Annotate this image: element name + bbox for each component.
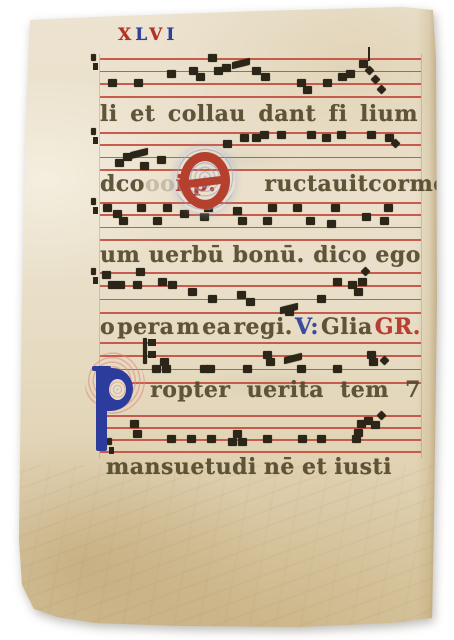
staff-line xyxy=(100,439,421,441)
neume-sq xyxy=(133,281,142,289)
chant-word: regi. xyxy=(233,313,293,341)
chant-text-line-2: dcoooi.p.ructauitcorme xyxy=(100,170,421,198)
neume-sq xyxy=(327,220,336,228)
neume-sq xyxy=(358,278,367,286)
neume-sq xyxy=(331,204,340,212)
chant-word: ego xyxy=(375,241,421,269)
neume-sq xyxy=(207,435,216,443)
neume-sq xyxy=(196,73,205,81)
neume-sq xyxy=(102,271,111,279)
neume-sq xyxy=(137,204,146,212)
neume-sq xyxy=(307,131,316,139)
neume-sq xyxy=(243,365,252,373)
chant-word: mansuetudi xyxy=(106,453,257,481)
initial-p-stem xyxy=(96,368,107,451)
neume-sq xyxy=(119,217,128,225)
neume-sq xyxy=(180,210,189,218)
staff-line xyxy=(100,415,421,417)
neume-sq xyxy=(168,281,177,289)
neume-di xyxy=(377,84,387,94)
staff-line xyxy=(100,96,421,98)
neume-sq xyxy=(238,217,247,225)
neume-sq xyxy=(116,281,125,289)
music-staff-4 xyxy=(100,272,421,312)
chant-word: collau xyxy=(168,100,246,128)
neume-sq xyxy=(277,131,286,139)
chant-word: GR. xyxy=(375,313,421,341)
chant-text-line-4: operamearegi.V:GliaGR. xyxy=(100,313,421,341)
neume-sq xyxy=(167,435,176,443)
music-staff-6 xyxy=(100,415,421,451)
music-staff-3 xyxy=(100,202,421,239)
neume-ob xyxy=(232,58,250,69)
neume-sq xyxy=(223,140,232,148)
staff-line xyxy=(100,144,421,146)
staff-line xyxy=(100,227,421,229)
staff-line xyxy=(100,299,421,301)
chant-word: 7 xyxy=(405,376,421,404)
neume-sq xyxy=(380,217,389,225)
neume-mg xyxy=(91,128,96,135)
neume-sq xyxy=(346,70,355,78)
neume-sq xyxy=(317,435,326,443)
neume-mg xyxy=(91,268,96,275)
neume-sq xyxy=(293,204,302,212)
music-staff-2 xyxy=(100,132,421,169)
neume-sq xyxy=(303,86,312,94)
neume-sq xyxy=(371,421,380,429)
neume-sq xyxy=(317,295,326,303)
neume-sq xyxy=(188,288,197,296)
neume-sq xyxy=(263,217,272,225)
neume-sq xyxy=(153,217,162,225)
neume-sq xyxy=(200,213,209,221)
neume-sq xyxy=(266,358,275,366)
neume-sq xyxy=(240,134,249,142)
chant-word: ea xyxy=(202,313,231,341)
chant-text-line-6: mansuetudinēetiusti xyxy=(106,453,392,481)
neume-sq xyxy=(261,73,270,81)
chant-word: uerbū xyxy=(149,241,224,269)
illuminated-initial-P xyxy=(88,366,144,454)
neume-sq xyxy=(362,213,371,221)
neume-sq xyxy=(354,288,363,296)
manuscript-leaf: XLVI lietcollaudantfiliumdcoooi.p.ructau… xyxy=(0,0,454,640)
neume-sq xyxy=(163,204,172,212)
chant-word: Glia xyxy=(321,313,373,341)
chant-text-line-1: lietcollaudantfilium xyxy=(100,100,418,128)
neume-ob xyxy=(284,352,302,363)
chant-word: ropter xyxy=(150,376,230,404)
neume-sq xyxy=(157,156,166,164)
chant-word: o xyxy=(100,313,115,341)
chant-word: ructauit xyxy=(264,170,368,198)
neume-sq xyxy=(333,278,342,286)
neume-mg xyxy=(91,198,96,205)
neume-sq xyxy=(323,79,332,87)
staff-line xyxy=(100,58,421,60)
chant-word: et xyxy=(302,453,327,481)
staff-line xyxy=(100,214,421,216)
chant-content: lietcollaudantfiliumdcoooi.p.ructauitcor… xyxy=(0,0,454,640)
chant-word: dco xyxy=(100,170,145,198)
neume-sq xyxy=(367,131,376,139)
neume-sq xyxy=(140,162,149,170)
neume-sq xyxy=(187,435,196,443)
neume-sq xyxy=(238,438,247,446)
neume-sq xyxy=(369,358,378,366)
neume-sq xyxy=(222,64,231,72)
neume-sq xyxy=(136,268,145,276)
staff-line xyxy=(100,83,421,85)
neume-sq xyxy=(134,79,143,87)
chant-word: V: xyxy=(295,313,319,341)
neume-sq xyxy=(208,54,217,62)
neume-sq xyxy=(260,131,269,139)
staff-line xyxy=(100,202,421,204)
neume-sq xyxy=(233,430,242,438)
neume-sq xyxy=(206,365,215,373)
chant-word: oo xyxy=(145,170,175,198)
illuminated-initial-E xyxy=(180,152,230,209)
neume-sq xyxy=(333,365,342,373)
initial-p-bowl-inner xyxy=(109,379,126,400)
chant-word: pera xyxy=(117,313,174,341)
neume-mg xyxy=(91,54,96,61)
neume-sq xyxy=(158,278,167,286)
neume-sq xyxy=(237,291,246,299)
chant-word: um xyxy=(100,241,140,269)
neume-di xyxy=(391,139,401,149)
neume-sq xyxy=(103,204,112,212)
chant-word: uerita xyxy=(247,376,324,404)
neume-sq xyxy=(298,435,307,443)
neume-sq xyxy=(322,134,331,142)
chant-word: bonū. xyxy=(233,241,305,269)
chant-word: fi xyxy=(329,100,348,128)
chant-word: me xyxy=(409,170,447,198)
chant-word: lium xyxy=(360,100,418,128)
neume-sq xyxy=(384,204,393,212)
photo-backdrop: XLVI lietcollaudantfiliumdcoooi.p.ructau… xyxy=(0,0,454,640)
neume-sq xyxy=(337,131,346,139)
chant-text-line-5: ropterueritatem7 xyxy=(100,376,421,404)
staff-line xyxy=(100,285,421,287)
chant-word: cor xyxy=(368,170,409,198)
neume-sq xyxy=(354,429,363,437)
neume-sq xyxy=(246,298,255,306)
neume-sq xyxy=(233,207,242,215)
chant-word: dico xyxy=(313,241,367,269)
chant-word: m xyxy=(176,313,200,341)
chant-word: et xyxy=(130,100,155,128)
chant-word: li xyxy=(100,100,118,128)
staff-line xyxy=(100,157,421,159)
chant-word: nē xyxy=(264,453,295,481)
neume-sq xyxy=(268,204,277,212)
staff-line xyxy=(100,369,421,371)
chant-word: iusti xyxy=(334,453,392,481)
neume-di xyxy=(377,411,387,421)
neume-sq xyxy=(228,438,237,446)
neume-sq xyxy=(306,217,315,225)
neume-sq xyxy=(263,435,272,443)
chant-text-line-3: umuerbūbonū.dicoego xyxy=(100,241,421,269)
neume-sq xyxy=(297,365,306,373)
neume-sq xyxy=(160,358,169,366)
neume-sq xyxy=(208,295,217,303)
neume-sq xyxy=(108,79,117,87)
staff-line xyxy=(100,272,421,274)
neume-sq xyxy=(252,67,261,75)
chant-word: dant xyxy=(258,100,316,128)
music-staff-1 xyxy=(100,58,421,96)
neume-sq xyxy=(167,70,176,78)
chant-word: tem xyxy=(340,376,389,404)
neume-cl xyxy=(143,338,147,364)
